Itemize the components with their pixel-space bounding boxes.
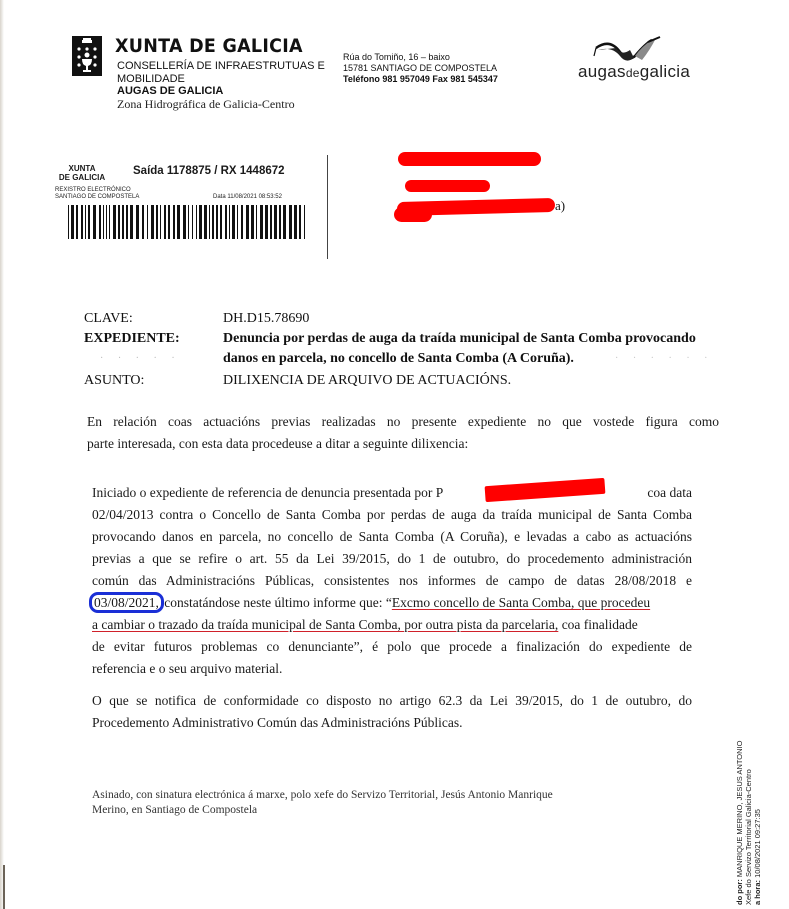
intro-paragraph: En relación coas actuacións previas real… [87, 411, 719, 455]
main-line-6: 03/08/2021, constatándose neste último i… [92, 592, 692, 614]
intro-line-2: parte interesada, con esta data procedeu… [87, 433, 719, 455]
signature-line-2: Merino, en Santiago de Compostela [92, 803, 702, 818]
electronic-signature-stamp: do por: MANRIQUE MERINO, JESUS ANTONIO X… [735, 741, 762, 905]
main-line-5: común das Administracións Públicas, cons… [92, 570, 692, 592]
main-line-9: referencia e o seu arquivo material. [92, 658, 692, 680]
barcode-icon [68, 205, 308, 239]
redaction-mark [405, 180, 490, 192]
agency-name: AUGAS DE GALICIA [117, 85, 223, 97]
stamp-org-line1: XUNTA [57, 164, 107, 173]
logo-text-augas: augas [578, 62, 626, 81]
main-line-7: a cambiar o trazado da traída municipal … [92, 614, 692, 636]
notification-line-1: O que se notifica de conformidade co dis… [92, 690, 692, 712]
main-line-4: previas a que se refire o art. 55 da Lei… [92, 548, 692, 570]
registry-line1: REXISTRO ELECTRÓNICO [55, 187, 139, 194]
main-line-7-rest: coa finalidade [558, 617, 637, 632]
xunta-coat-of-arms-icon [72, 36, 102, 76]
clave-value: DH.D15.78690 [223, 311, 309, 327]
notification-line-2: Procedemento Administrativo Común das Ad… [92, 712, 692, 734]
logo-text-de: de [626, 66, 640, 80]
redaction-mark [398, 152, 541, 166]
address-city: 15781 SANTIAGO DE COMPOSTELA [343, 63, 497, 73]
registry-date: Data 11/08/2021 08:53:52 [213, 194, 282, 200]
stamp-org-line2: DE GALICIA [57, 173, 107, 182]
main-line-3: provocando danos en parcela, no concello… [92, 526, 692, 548]
page-left-edge-shadow [0, 0, 4, 909]
clave-label: CLAVE: [84, 311, 133, 327]
circled-date: 03/08/2021, [92, 595, 161, 610]
department-line-1: CONSELLERÍA DE INFRAESTRUTUAS E [117, 60, 325, 72]
redaction-mark [394, 207, 432, 222]
address-street: Rúa do Tomiño, 16 – baixo [343, 52, 450, 62]
notification-paragraph: O que se notifica de conformidade co dis… [92, 690, 692, 734]
main-line-1-end: coa data [647, 482, 692, 504]
expediente-value-line1: Denuncia por perdas de auga da traída mu… [223, 331, 696, 347]
zone-name: Zona Hidrográfica de Galicia-Centro [117, 97, 295, 112]
asunto-label: ASUNTO: [84, 373, 144, 389]
main-paragraph: Iniciado o expediente de referencia de d… [92, 482, 692, 680]
address-phone-fax: Teléfono 981 957049 Fax 981 545347 [343, 74, 498, 84]
main-line-8: de evitar futuros problemas co denuncian… [92, 636, 692, 658]
department-line-2: MOBILIDADE [117, 73, 185, 85]
scan-artifact: · · · · · [100, 353, 181, 364]
signature-time: a hora: 10/08/2021 09:27:35 [753, 741, 762, 905]
signature-line-1: Asinado, con sinatura electrónica á marx… [92, 788, 702, 803]
stamp-border [327, 155, 328, 259]
underlined-quote-1: Excmo concello de Santa Comba, que proce… [392, 595, 650, 610]
main-line-2: 02/04/2013 contra o Concello de Santa Co… [92, 504, 692, 526]
expediente-label: EXPEDIENTE: [84, 331, 180, 347]
addressee-trailing-text: a) [555, 198, 565, 214]
underlined-quote-2: a cambiar o trazado da traída municipal … [92, 617, 558, 632]
redaction-mark [485, 478, 606, 502]
asunto-value: DILIXENCIA DE ARQUIVO DE ACTUACIÓNS. [223, 373, 511, 389]
main-line-1-start: Iniciado o expediente de referencia de d… [92, 482, 443, 504]
page-edge-mark [3, 865, 5, 909]
registry-office: REXISTRO ELECTRÓNICO SANTIAGO DE COMPOST… [55, 187, 139, 201]
signer-role: Xefe do Servizo Territorial Galicia-Cent… [744, 741, 753, 905]
expediente-value-line2: danos en parcela, no concello de Santa C… [223, 351, 574, 367]
augas-logo-wordmark: augasdegalicia [578, 62, 690, 82]
main-line-1: Iniciado o expediente de referencia de d… [92, 482, 692, 504]
main-line-6-rest: constatándose neste último informe que: … [161, 595, 392, 610]
registry-number: Saída 1178875 / RX 1448672 [133, 165, 285, 177]
logo-text-galicia: galicia [640, 62, 690, 81]
signature-paragraph: Asinado, con sinatura electrónica á marx… [92, 788, 702, 818]
intro-line-1: En relación coas actuacións previas real… [87, 411, 719, 433]
registry-line2: SANTIAGO DE COMPOSTELA [55, 194, 139, 201]
signer: do por: MANRIQUE MERINO, JESUS ANTONIO [735, 741, 744, 905]
org-title: XUNTA DE GALICIA [115, 35, 303, 57]
stamp-org: XUNTA DE GALICIA [57, 164, 107, 182]
scan-artifact: · · · · · · [615, 353, 713, 364]
